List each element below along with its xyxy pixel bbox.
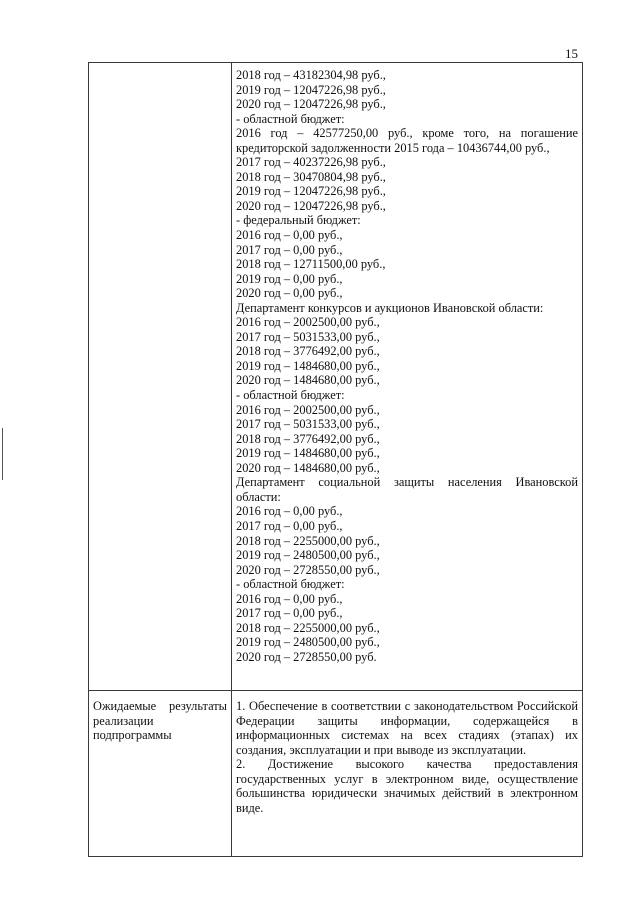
funding-line: 2020 год – 1484680,00 руб., [236,373,578,388]
funding-line: 2016 год – 2002500,00 руб., [236,315,578,330]
funding-line: 2018 год – 2255000,00 руб., [236,621,578,636]
subprogram-passport-table: 2018 год – 43182304,98 руб., 2019 год – … [88,62,583,857]
funding-line: 2020 год – 12047226,98 руб., [236,199,578,214]
expected-results-label-cell: Ожидаемые результаты реализации подпрогр… [89,691,232,857]
expected-result-item: 1. Обеспечение в соответствии с законода… [236,699,578,757]
funding-line: 2019 год – 1484680,00 руб., [236,359,578,374]
funding-paragraph-2016: 2016 год – 42577250,00 руб., кроме того,… [236,126,578,155]
funding-line: 2017 год – 0,00 руб., [236,243,578,258]
funding-line: 2019 год – 1484680,00 руб., [236,446,578,461]
funding-line: 2017 год – 40237226,98 руб., [236,155,578,170]
funding-line: 2016 год – 0,00 руб., [236,228,578,243]
funding-source-heading: - федеральный бюджет: [236,213,578,228]
funding-line: 2019 год – 0,00 руб., [236,272,578,287]
funding-source-heading: - областной бюджет: [236,388,578,403]
funding-source-heading: - областной бюджет: [236,577,578,592]
funding-line: 2019 год – 12047226,98 руб., [236,83,578,98]
funding-line: 2016 год – 2002500,00 руб., [236,403,578,418]
funding-line: 2020 год – 12047226,98 руб., [236,97,578,112]
funding-line: 2020 год – 2728550,00 руб., [236,563,578,578]
department-heading: Департамент конкурсов и аукционов Иванов… [236,301,578,316]
funding-line: 2019 год – 12047226,98 руб., [236,184,578,199]
funding-line: 2020 год – 0,00 руб., [236,286,578,301]
expected-results-row: Ожидаемые результаты реализации подпрогр… [89,691,583,857]
funding-line: 2018 год – 30470804,98 руб., [236,170,578,185]
funding-line: 2020 год – 1484680,00 руб., [236,461,578,476]
expected-result-item: 2. Достижение высокого качества предоста… [236,757,578,815]
funding-line: 2018 год – 2255000,00 руб., [236,534,578,549]
expected-results-label: Ожидаемые результаты реализации подпрогр… [93,699,227,743]
funding-line: 2017 год – 0,00 руб., [236,606,578,621]
funding-line: 2019 год – 2480500,00 руб., [236,548,578,563]
funding-line: 2016 год – 0,00 руб., [236,504,578,519]
funding-row: 2018 год – 43182304,98 руб., 2019 год – … [89,63,583,691]
funding-line: 2018 год – 43182304,98 руб., [236,68,578,83]
funding-source-heading: - областной бюджет: [236,112,578,127]
page-number: 15 [565,46,578,62]
funding-label-cell [89,63,232,691]
funding-values-cell: 2018 год – 43182304,98 руб., 2019 год – … [232,63,583,691]
department-heading: Департамент социальной защиты населения … [236,475,578,504]
funding-line: 2017 год – 5031533,00 руб., [236,417,578,432]
funding-line: 2020 год – 2728550,00 руб. [236,650,578,665]
funding-line: 2018 год – 3776492,00 руб., [236,432,578,447]
funding-line: 2017 год – 0,00 руб., [236,519,578,534]
funding-line: 2017 год – 5031533,00 руб., [236,330,578,345]
funding-line: 2018 год – 3776492,00 руб., [236,344,578,359]
scan-margin-mark [2,428,3,480]
funding-line: 2019 год – 2480500,00 руб., [236,635,578,650]
funding-line: 2018 год – 12711500,00 руб., [236,257,578,272]
expected-results-cell: 1. Обеспечение в соответствии с законода… [232,691,583,857]
funding-line: 2016 год – 0,00 руб., [236,592,578,607]
